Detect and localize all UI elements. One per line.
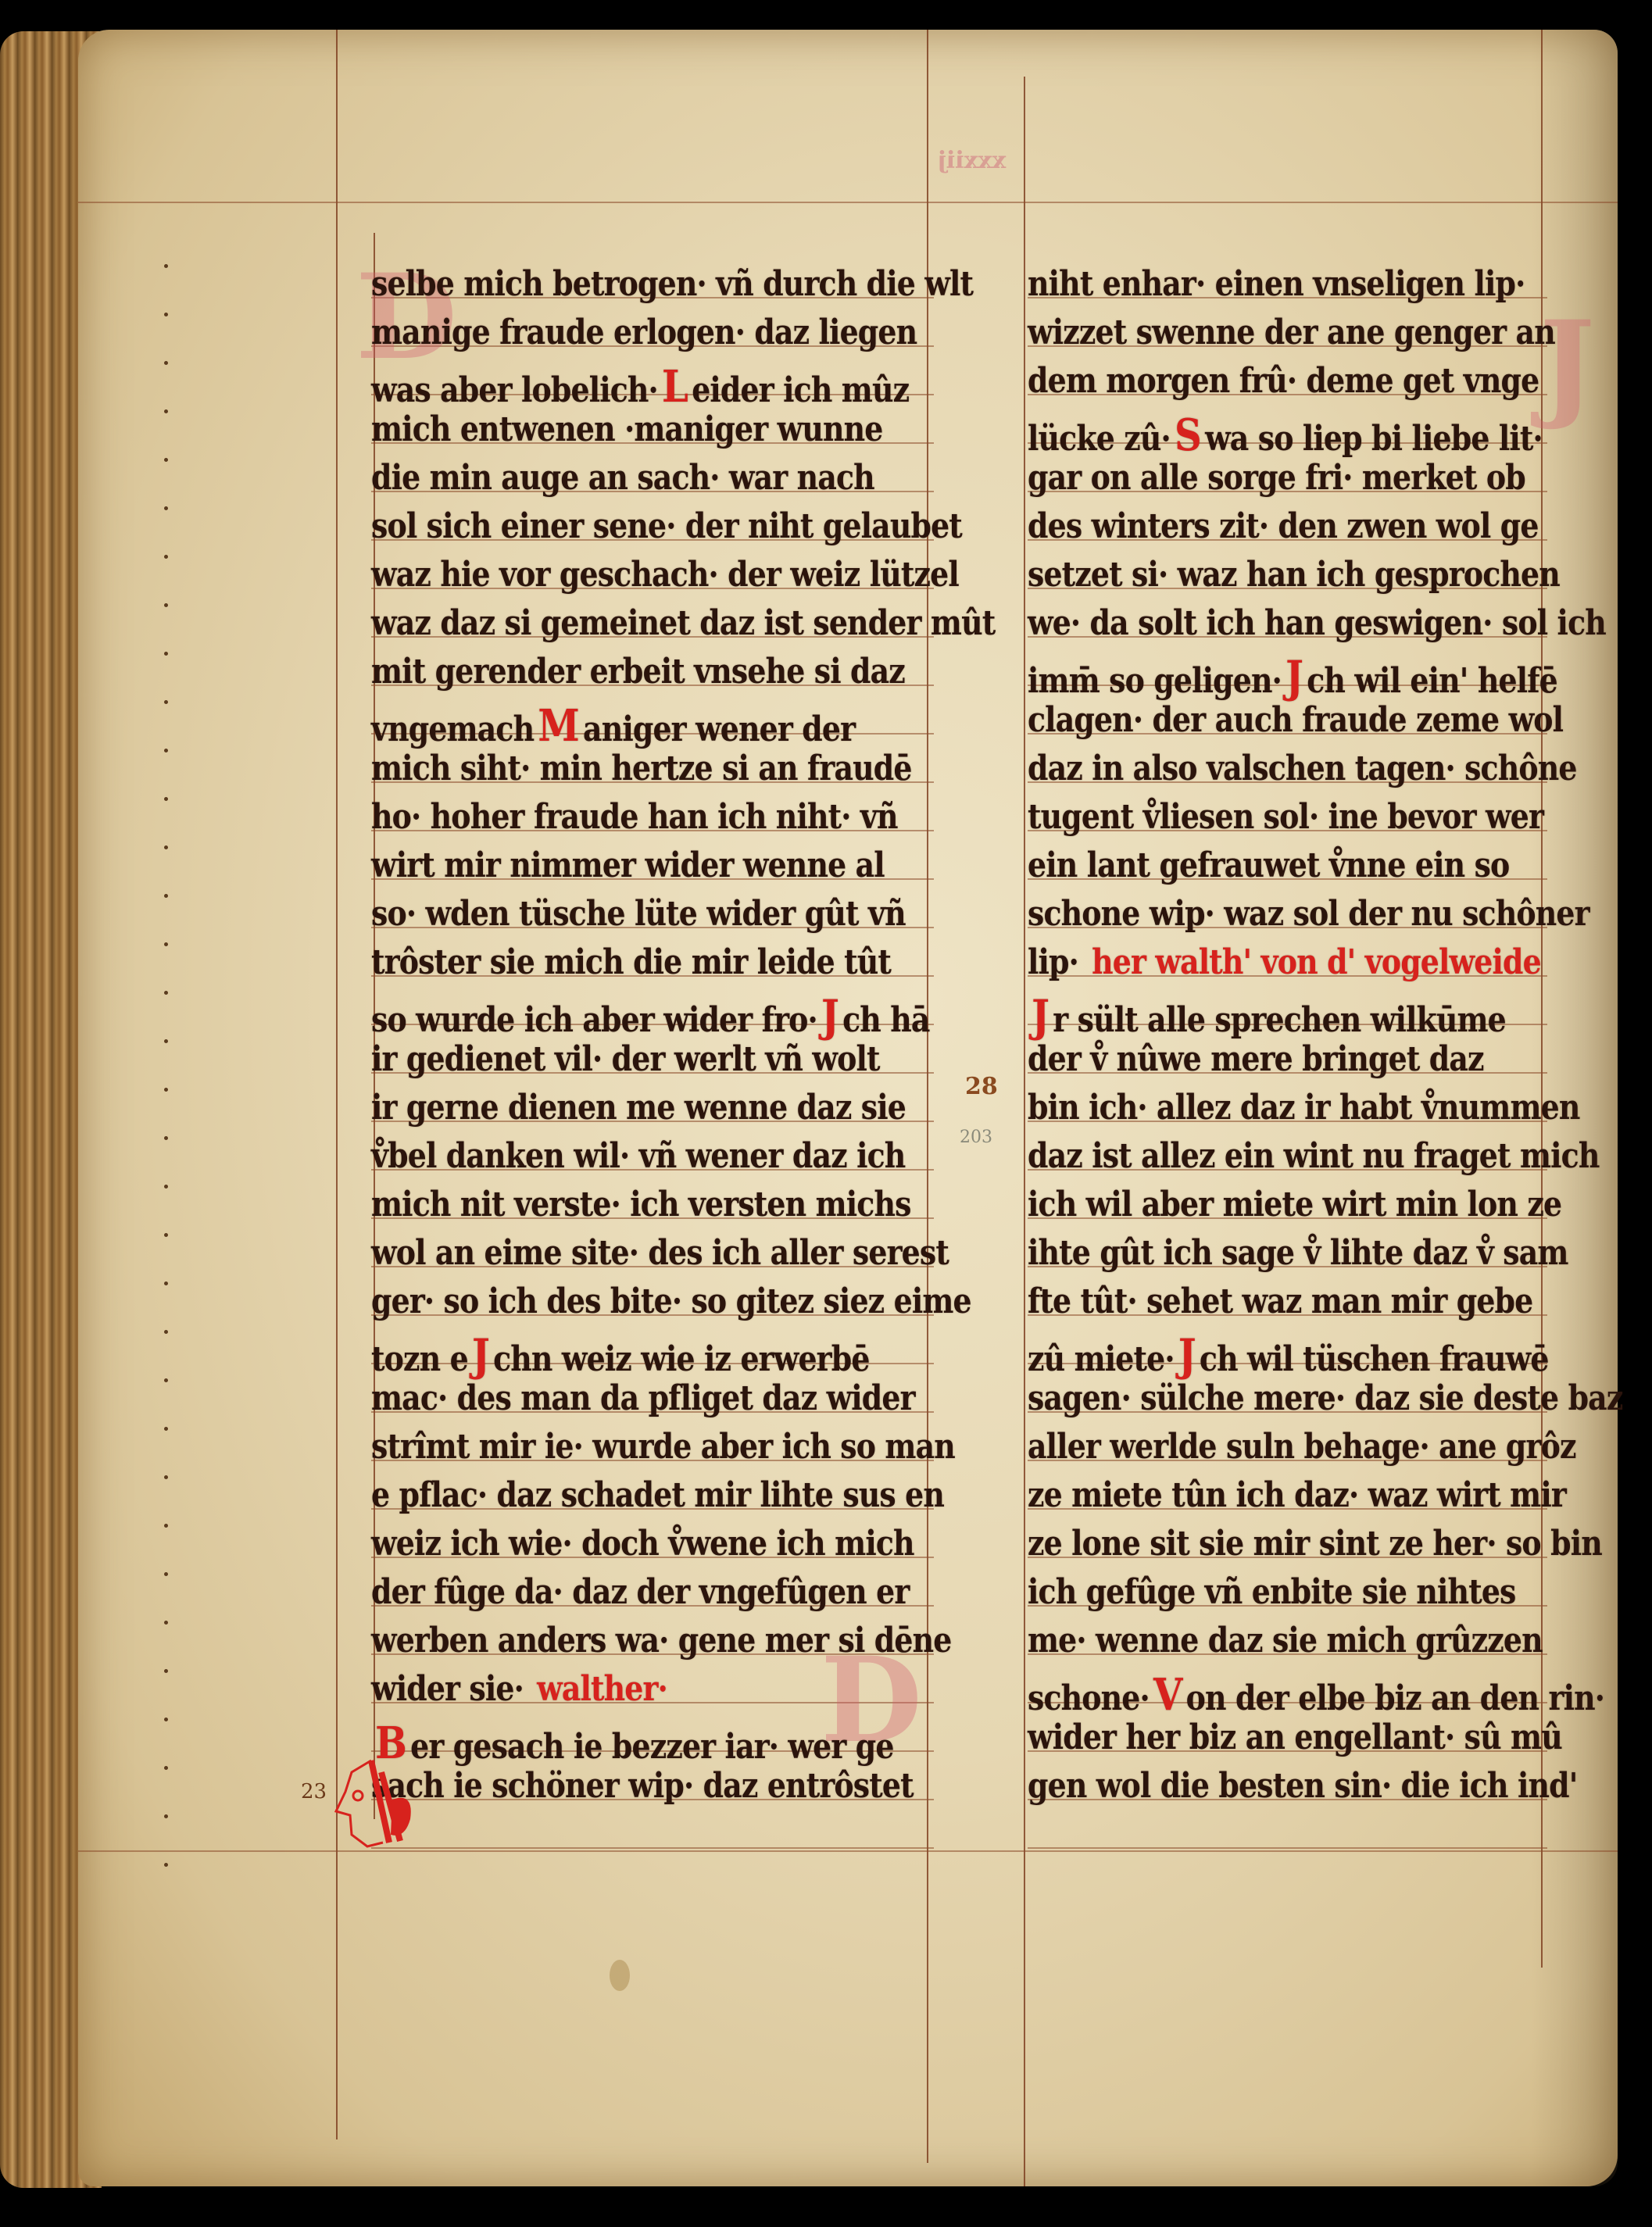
- pricking-dot: [164, 1766, 168, 1770]
- manuscript-line: waz daz si gemeinet daz ist sender mût: [371, 603, 995, 643]
- frame-ruling-line: [78, 202, 1618, 203]
- line-text: schone wip· waz sol der nu schôner: [1028, 894, 1589, 934]
- pricking-dot: [164, 749, 168, 752]
- roman-numeral-marginal: 28: [965, 1073, 998, 1100]
- manuscript-line: niht enhar· einen vnseligen lip·: [1028, 264, 1525, 304]
- line-text: trôster sie mich die mir leide tût: [371, 942, 891, 982]
- line-text: lip·: [1028, 942, 1078, 982]
- manuscript-line: ho· hoher fraude han ich niht· vñ: [371, 797, 898, 837]
- pricking-dot: [164, 264, 168, 268]
- manuscript-line: v̊bel danken wil· vñ wener daz ich: [371, 1136, 905, 1176]
- manuscript-line: daz ist allez ein wint nu fraget mich: [1028, 1136, 1599, 1176]
- line-text: bin ich· allez daz ir habt v̊nummen: [1028, 1088, 1580, 1128]
- rubric-heading: her walth' von d' vogelweide: [1092, 942, 1541, 982]
- pricking-dot: [164, 1185, 168, 1189]
- manuscript-line: was aber lobelich·Leider ich mûz: [371, 361, 909, 413]
- line-text: lücke zû·: [1028, 419, 1171, 459]
- pricking-dot: [164, 1039, 168, 1043]
- pricking-dot: [164, 894, 168, 898]
- manuscript-line: vngemachManiger wener der: [371, 700, 855, 752]
- line-text: ze miete tûn ich daz· waz wirt mir: [1028, 1475, 1566, 1515]
- pricking-dot: [164, 797, 168, 801]
- pricking-dot: [164, 1088, 168, 1092]
- manuscript-line: des winters zit· den zwen wol ge: [1028, 506, 1539, 546]
- rubricated-initial: S: [1175, 409, 1201, 461]
- line-text: ze lone sit sie mir sint ze her· so bin: [1028, 1524, 1602, 1564]
- manuscript-line: daz in also valschen tagen· schône: [1028, 749, 1577, 788]
- stain: [610, 1960, 630, 1991]
- rubricated-initial: L: [662, 361, 688, 413]
- manuscript-line: wider sie·walther·: [371, 1669, 667, 1709]
- line-text: dem morgen frû· deme get vnge: [1028, 361, 1539, 401]
- manuscript-line: Jr sült alle sprechen wilkūme: [1028, 991, 1506, 1042]
- manuscript-line: die min auge an sach· war nach: [371, 458, 874, 498]
- rubricated-initial: J: [1285, 652, 1303, 703]
- line-text-after-initial: er gesach ie bezzer iar· wer ge: [410, 1727, 893, 1767]
- ruling-line: [1028, 1847, 1547, 1849]
- line-text: gen wol die besten sin· die ich ind': [1028, 1766, 1577, 1806]
- manuscript-line: der v̊ nûwe mere bringet daz: [1028, 1039, 1484, 1079]
- line-text: ger· so ich des bite· so gitez siez eime: [371, 1282, 971, 1321]
- manuscript-line: aller werlde suln behage· ane grôz: [1028, 1427, 1576, 1467]
- line-text-after-initial: eider ich mûz: [692, 370, 909, 410]
- line-text: sach ie schöner wip· daz entrôstet: [371, 1766, 914, 1806]
- decorated-initial-face-icon: [328, 1757, 414, 1850]
- line-text: setzet si· waz han ich gesprochen: [1028, 555, 1560, 595]
- manuscript-line: manige fraude erlogen· daz liegen: [371, 313, 917, 352]
- manuscript-line: e pflac· daz schadet mir lihte sus en: [371, 1475, 944, 1515]
- manuscript-line: dem morgen frû· deme get vnge: [1028, 361, 1539, 401]
- line-text: we· da solt ich han geswigen· sol ich: [1028, 603, 1606, 643]
- pricking-dot: [164, 458, 168, 462]
- manuscript-line: wider her biz an engellant· sû mû: [1028, 1718, 1562, 1757]
- pricking-dot: [164, 1621, 168, 1625]
- line-text: me· wenne daz sie mich grûzzen: [1028, 1621, 1543, 1660]
- line-text: imm̄ so geligen·: [1028, 661, 1282, 701]
- rubricated-initial: J: [821, 991, 839, 1042]
- manuscript-line: sol sich einer sene· der niht gelaubet: [371, 506, 962, 546]
- line-text: ich wil aber miete wirt min lon ze: [1028, 1185, 1561, 1224]
- manuscript-line: weiz ich wie· doch v̊wene ich mich: [371, 1524, 914, 1564]
- line-text-after-initial: ch wil tüschen frauwē: [1200, 1339, 1549, 1379]
- rubricated-initial: J: [472, 1330, 489, 1382]
- pricking-dot: [164, 1136, 168, 1140]
- manuscript-line: ich gefûge vñ enbite sie nihtes: [1028, 1572, 1515, 1612]
- line-text: waz daz si gemeinet daz ist sender mût: [371, 603, 995, 643]
- line-text-after-initial: on der elbe biz an den rin·: [1186, 1678, 1604, 1718]
- line-text: wider sie·: [371, 1669, 524, 1709]
- line-text: daz in also valschen tagen· schône: [1028, 749, 1577, 788]
- line-text: ir gerne dienen me wenne daz sie: [371, 1088, 906, 1128]
- line-text-after-initial: ch hā: [842, 1000, 929, 1040]
- pricking-dot: [164, 1233, 168, 1237]
- line-text: tugent v̊liesen sol· ine bevor wer: [1028, 797, 1543, 837]
- manuscript-line: bin ich· allez daz ir habt v̊nummen: [1028, 1088, 1580, 1128]
- manuscript-line: setzet si· waz han ich gesprochen: [1028, 555, 1560, 595]
- line-text: wirt mir nimmer wider wenne al: [371, 845, 885, 885]
- pricking-dot: [164, 361, 168, 365]
- pricking-dot: [164, 555, 168, 559]
- pricking-dot: [164, 1475, 168, 1479]
- manuscript-line: sagen· sülche mere· daz sie deste baz: [1028, 1378, 1622, 1418]
- line-text: gar on alle sorge fri· merket ob: [1028, 458, 1525, 498]
- manuscript-line: ihte gût ich sage v̊ lihte daz v̊ sam: [1028, 1233, 1568, 1273]
- pricking-dot: [164, 1378, 168, 1382]
- manuscript-line: me· wenne daz sie mich grûzzen: [1028, 1621, 1543, 1660]
- rubricated-initial: M: [538, 700, 578, 752]
- line-text: zû miete·: [1028, 1339, 1175, 1379]
- manuscript-line: mich siht· min hertze si an fraudē: [371, 749, 912, 788]
- pricking-dot: [164, 1669, 168, 1673]
- pencil-number-marginal: 203: [960, 1128, 992, 1147]
- manuscript-line: ze miete tûn ich daz· waz wirt mir: [1028, 1475, 1566, 1515]
- line-text-after-initial: wa so liep bi liebe lit·: [1205, 419, 1543, 459]
- manuscript-line: trôster sie mich die mir leide tût: [371, 942, 891, 982]
- manuscript-line: wirt mir nimmer wider wenne al: [371, 845, 885, 885]
- pricking-dot: [164, 1524, 168, 1528]
- pricking-dot: [164, 1427, 168, 1431]
- pricking-dot: [164, 1863, 168, 1867]
- line-text-after-initial: aniger wener der: [583, 710, 855, 749]
- manuscript-leaf: xxxiij D D J selbe mich betrogen· vñ dur…: [78, 30, 1618, 2186]
- pricking-dot: [164, 942, 168, 946]
- pricking-dot: [164, 1572, 168, 1576]
- manuscript-line: wol an eime site· des ich aller serest: [371, 1233, 949, 1273]
- line-text: ihte gût ich sage v̊ lihte daz v̊ sam: [1028, 1233, 1568, 1273]
- line-text: manige fraude erlogen· daz liegen: [371, 313, 917, 352]
- rubricated-initial: V: [1153, 1669, 1182, 1721]
- manuscript-line: ze lone sit sie mir sint ze her· so bin: [1028, 1524, 1602, 1564]
- manuscript-line: werben anders wa· gene mer si dēne: [371, 1621, 951, 1660]
- bleed-through-header: xxxiij: [938, 147, 1006, 174]
- line-text: mich siht· min hertze si an fraudē: [371, 749, 912, 788]
- pricking-dot: [164, 603, 168, 607]
- line-text: sagen· sülche mere· daz sie deste baz: [1028, 1378, 1622, 1418]
- manuscript-line: ger· so ich des bite· so gitez siez eime: [371, 1282, 971, 1321]
- pricking-dot: [164, 409, 168, 413]
- line-text: sol sich einer sene· der niht gelaubet: [371, 506, 962, 546]
- manuscript-line: ein lant gefrauwet v̊nne ein so: [1028, 845, 1509, 885]
- manuscript-line: wizzet swenne der ane genger an: [1028, 313, 1555, 352]
- pricking-dot: [164, 700, 168, 704]
- line-text: ir gedienet vil· der werlt vñ wolt: [371, 1039, 880, 1079]
- pricking-dot: [164, 991, 168, 995]
- pricking-dot: [164, 1330, 168, 1334]
- manuscript-line: fte tût· sehet waz man mir gebe: [1028, 1282, 1532, 1321]
- manuscript-line: lip·her walth' von d' vogelweide: [1028, 942, 1541, 982]
- line-text: clagen· der auch fraude zeme wol: [1028, 700, 1563, 740]
- line-text: strîmt mir ie· wurde aber ich so man: [371, 1427, 955, 1467]
- manuscript-line: ich wil aber miete wirt min lon ze: [1028, 1185, 1561, 1224]
- manuscript-line: clagen· der auch fraude zeme wol: [1028, 700, 1563, 740]
- line-text: vngemach: [371, 710, 534, 749]
- pricking-dot: [164, 1282, 168, 1285]
- line-text: selbe mich betrogen· vñ durch die wlt: [371, 264, 973, 304]
- line-text: aller werlde suln behage· ane grôz: [1028, 1427, 1576, 1467]
- line-text: mich entwenen ·maniger wunne: [371, 409, 883, 449]
- pricking-dot: [164, 506, 168, 510]
- manuscript-line: tozn eJchn weiz wie iz erwerbē: [371, 1330, 870, 1382]
- line-text-after-initial: ch wil ein' helfē: [1307, 661, 1557, 701]
- line-text: niht enhar· einen vnseligen lip·: [1028, 264, 1525, 304]
- line-text: daz ist allez ein wint nu fraget mich: [1028, 1136, 1599, 1176]
- manuscript-line: imm̄ so geligen·Jch wil ein' helfē: [1028, 652, 1557, 703]
- manuscript-line: waz hie vor geschach· der weiz lützel: [371, 555, 959, 595]
- rubric-heading: walther·: [537, 1669, 667, 1709]
- manuscript-line: ir gedienet vil· der werlt vñ wolt: [371, 1039, 880, 1079]
- manuscript-line: we· da solt ich han geswigen· sol ich: [1028, 603, 1606, 643]
- manuscript-line: sach ie schöner wip· daz entrôstet: [371, 1766, 914, 1806]
- manuscript-line: strîmt mir ie· wurde aber ich so man: [371, 1427, 955, 1467]
- manuscript-line: so wurde ich aber wider fro·Jch hā: [371, 991, 930, 1042]
- manuscript-line: so· wden tüsche lüte wider gût vñ: [371, 894, 906, 934]
- line-text: des winters zit· den zwen wol ge: [1028, 506, 1539, 546]
- line-text: mit gerender erbeit vnsehe si daz: [371, 652, 905, 692]
- rubricated-initial: J: [1178, 1330, 1196, 1382]
- line-text: waz hie vor geschach· der weiz lützel: [371, 555, 959, 595]
- line-text: weiz ich wie· doch v̊wene ich mich: [371, 1524, 914, 1564]
- pricking-dot: [164, 1814, 168, 1818]
- pricking-dot: [164, 313, 168, 316]
- manuscript-line: mich nit verste· ich versten michs: [371, 1185, 911, 1224]
- manuscript-line: ir gerne dienen me wenne daz sie: [371, 1088, 906, 1128]
- line-text: der fûge da· daz der vngefûgen er: [371, 1572, 909, 1612]
- manuscript-line: selbe mich betrogen· vñ durch die wlt: [371, 264, 973, 304]
- line-text: wider her biz an engellant· sû mû: [1028, 1718, 1562, 1757]
- manuscript-line: tugent v̊liesen sol· ine bevor wer: [1028, 797, 1543, 837]
- foliation-number-left: 23: [301, 1780, 327, 1803]
- line-text: der v̊ nûwe mere bringet daz: [1028, 1039, 1484, 1079]
- line-text: ich gefûge vñ enbite sie nihtes: [1028, 1572, 1515, 1612]
- pricking-dot: [164, 845, 168, 849]
- line-text: mich nit verste· ich versten michs: [371, 1185, 911, 1224]
- line-text: die min auge an sach· war nach: [371, 458, 874, 498]
- line-text: v̊bel danken wil· vñ wener daz ich: [371, 1136, 905, 1176]
- manuscript-line: mich entwenen ·maniger wunne: [371, 409, 883, 449]
- manuscript-line: gar on alle sorge fri· merket ob: [1028, 458, 1525, 498]
- line-text: mac· des man da pfliget daz wider: [371, 1378, 915, 1418]
- line-text: werben anders wa· gene mer si dēne: [371, 1621, 951, 1660]
- line-text: wol an eime site· des ich aller serest: [371, 1233, 949, 1273]
- left-column-right-rule: [927, 30, 928, 2163]
- pricking-dot: [164, 652, 168, 656]
- line-text: fte tût· sehet waz man mir gebe: [1028, 1282, 1532, 1321]
- line-text: tozn e: [371, 1339, 468, 1379]
- line-text: was aber lobelich·: [371, 370, 658, 410]
- pricking-dot: [164, 1718, 168, 1721]
- manuscript-line: Ber gesach ie bezzer iar· wer ge: [371, 1718, 894, 1769]
- line-text-after-initial: r sült alle sprechen wilkūme: [1053, 1000, 1506, 1040]
- line-text: e pflac· daz schadet mir lihte sus en: [371, 1475, 944, 1515]
- line-text: wizzet swenne der ane genger an: [1028, 313, 1555, 352]
- right-column-left-rule: [1024, 77, 1025, 2186]
- manuscript-line: lücke zû·Swa so liep bi liebe lit·: [1028, 409, 1543, 461]
- line-text: so wurde ich aber wider fro·: [371, 1000, 817, 1040]
- line-text: ein lant gefrauwet v̊nne ein so: [1028, 845, 1509, 885]
- manuscript-line: mac· des man da pfliget daz wider: [371, 1378, 915, 1418]
- manuscript-line: mit gerender erbeit vnsehe si daz: [371, 652, 905, 692]
- line-text-after-initial: chn weiz wie iz erwerbē: [493, 1339, 870, 1379]
- line-text: ho· hoher fraude han ich niht· vñ: [371, 797, 898, 837]
- manuscript-line: zû miete·Jch wil tüschen frauwē: [1028, 1330, 1549, 1382]
- manuscript-line: schone·Von der elbe biz an den rin·: [1028, 1669, 1604, 1721]
- manuscript-line: der fûge da· daz der vngefûgen er: [371, 1572, 909, 1612]
- manuscript-line: gen wol die besten sin· die ich ind': [1028, 1766, 1577, 1806]
- manuscript-line: schone wip· waz sol der nu schôner: [1028, 894, 1589, 934]
- ruling-line: [371, 1847, 934, 1849]
- line-text: schone·: [1028, 1678, 1150, 1718]
- line-text: so· wden tüsche lüte wider gût vñ: [371, 894, 906, 934]
- rubricated-initial: J: [1032, 991, 1049, 1042]
- frame-ruling-line: [78, 1850, 1618, 1852]
